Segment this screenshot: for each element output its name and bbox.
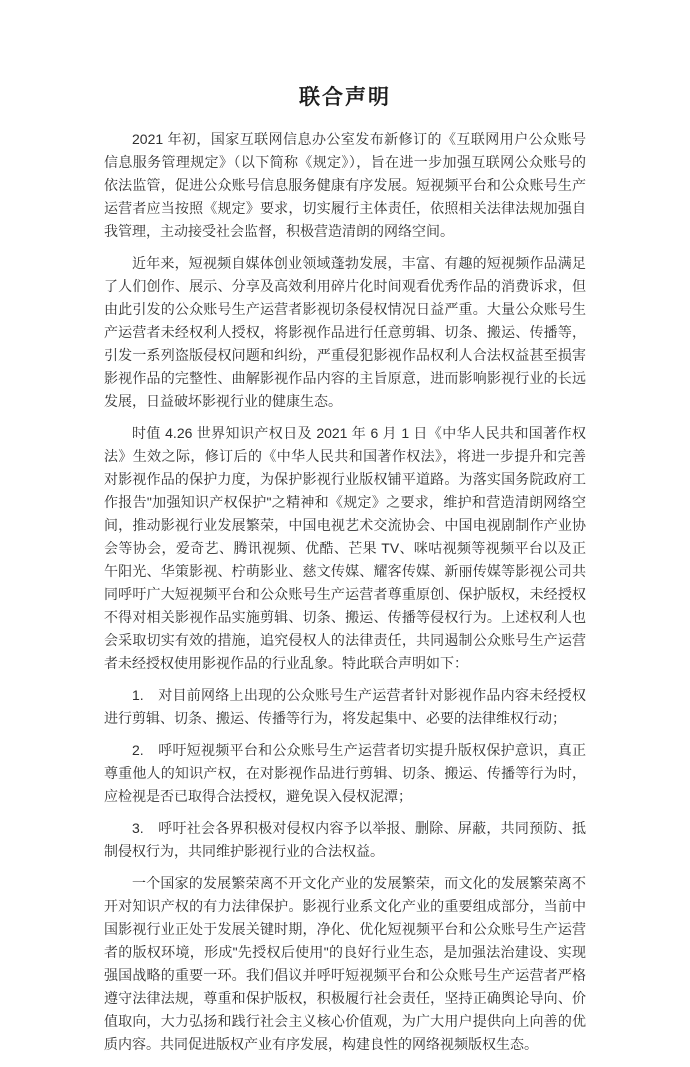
document-title: 联合声明 (104, 84, 586, 111)
statement-item-1: 1. 对目前网络上出现的公众账号生产运营者针对影视作品内容未经授权进行剪辑、切条… (104, 684, 586, 730)
paragraph-regulation-intro: 2021 年初，国家互联网信息办公室发布新修订的《互联网用户公众账号信息服务管理… (104, 128, 586, 243)
joint-statement-page: 联合声明 2021 年初，国家互联网信息办公室发布新修订的《互联网用户公众账号信… (0, 0, 690, 1067)
statement-item-2: 2. 呼吁短视频平台和公众账号生产运营者切实提升版权保护意识，真正尊重他人的知识… (104, 739, 586, 808)
paragraph-closing: 一个国家的发展繁荣离不开文化产业的发展繁荣，而文化的发展繁荣离不开对知识产权的有… (104, 872, 586, 1056)
document-content: 联合声明 2021 年初，国家互联网信息办公室发布新修订的《互联网用户公众账号信… (104, 0, 586, 1056)
paragraph-infringement-problem: 近年来，短视频自媒体创业领域蓬勃发展，丰富、有趣的短视频作品满足了人们创作、展示… (104, 252, 586, 413)
paragraph-industry-appeal: 时值 4.26 世界知识产权日及 2021 年 6 月 1 日《中华人民共和国著… (104, 422, 586, 675)
statement-item-3: 3. 呼吁社会各界积极对侵权内容予以举报、删除、屏蔽，共同预防、抵制侵权行为，共… (104, 817, 586, 863)
